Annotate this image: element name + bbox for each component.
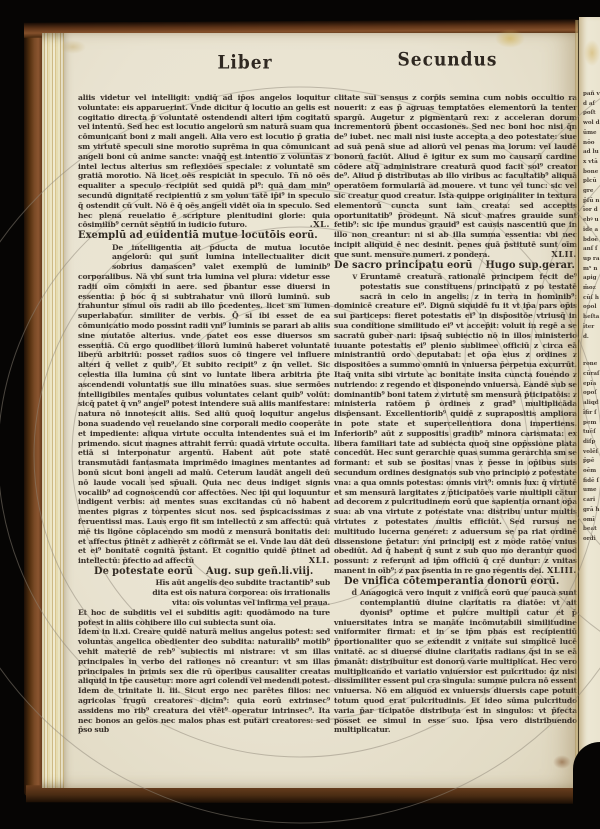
text-paragraph: clitate sui sensus z corp̄is semina cum …: [334, 93, 577, 260]
paper-stain: [60, 40, 86, 54]
tapered-paragraph-line: vita: oīs voluntas vel infirma vel praua…: [78, 598, 330, 608]
paper-stain: [584, 40, 600, 66]
chapter-number: XLIII.: [547, 566, 577, 576]
running-title-secundus: Secundus: [375, 49, 520, 71]
paper-stain: [553, 755, 571, 769]
initial-letter-space: d: [334, 588, 360, 608]
next-page-sliver: pañ vd aſ poſt wol dūme nōo ad lux vtā b…: [579, 17, 600, 770]
text-paragraph: aliis videtur vel intelligit: vndiq̄ ad …: [78, 93, 330, 230]
page-corner-shadow: [573, 742, 600, 829]
chapter-number: XLII.: [551, 250, 577, 260]
running-title-liber: Liber: [180, 52, 310, 74]
paper-stain: [495, 29, 525, 48]
chapter-number: XLI.: [309, 556, 330, 566]
chapter-heading: De vnifica cōtemperantia donorū eorū.: [334, 575, 577, 588]
book-spine-leather: [24, 30, 43, 796]
sliver-text-block: pañ vd aſ poſt wol dūme nōo ad lux vtā b…: [583, 90, 600, 333]
text-column-right: clitate sui sensus z corp̄is semina cum …: [334, 93, 577, 735]
chapter-heading: De potestate eorūAug. sup geñ.li.viij.: [78, 566, 330, 579]
next-page-text-fragments: pañ vd aſ poſt wol dūme nōo ad lux vtā b…: [583, 90, 600, 676]
text-column-left: aliis videtur vel intelligit: vndiq̄ ad …: [78, 93, 330, 735]
text-paragraph: vEruntamē creaturā rationalē principem f…: [334, 272, 577, 576]
sliver-text-block: rone cūraſ epīa opoſ aliqd īfir ſpem tuē…: [583, 360, 600, 544]
text-paragraph: Et hoc de subditis vel ei subditis agit:…: [78, 608, 330, 628]
page-edges-stack: [42, 33, 64, 788]
book-bottom-board-edge: [26, 785, 578, 803]
text-paragraph: dAnagogicā vero inquit z vnificā eorū qu…: [334, 588, 577, 735]
tapered-paragraph-line: Hīs aūt angelis deo subdite tractantib⁹ …: [78, 578, 330, 588]
sliver-line: đ.: [583, 333, 600, 343]
initial-letter-space: [78, 243, 112, 272]
tapered-paragraph-line: dita est oīs natura corporea: oīs irrati…: [78, 588, 330, 598]
text-paragraph: De intelligentia ait p̄ducta de mutua lo…: [78, 243, 330, 566]
text-paragraph: Idem in li.xi. Creare quidē naturā meliu…: [78, 627, 330, 735]
chapter-number: .XL.: [310, 220, 330, 230]
book-photo: Liber Secundus aliis videtur vel intelli…: [0, 0, 600, 829]
chapter-heading: De sacro principatu eorūHugo sup.gerar.: [334, 259, 577, 272]
chapter-heading: Exemplū ad euidentiā mutue locutōis eorū…: [78, 230, 330, 243]
sliver-paragraph-gap: [583, 342, 600, 360]
initial-letter-space: v: [334, 272, 360, 292]
